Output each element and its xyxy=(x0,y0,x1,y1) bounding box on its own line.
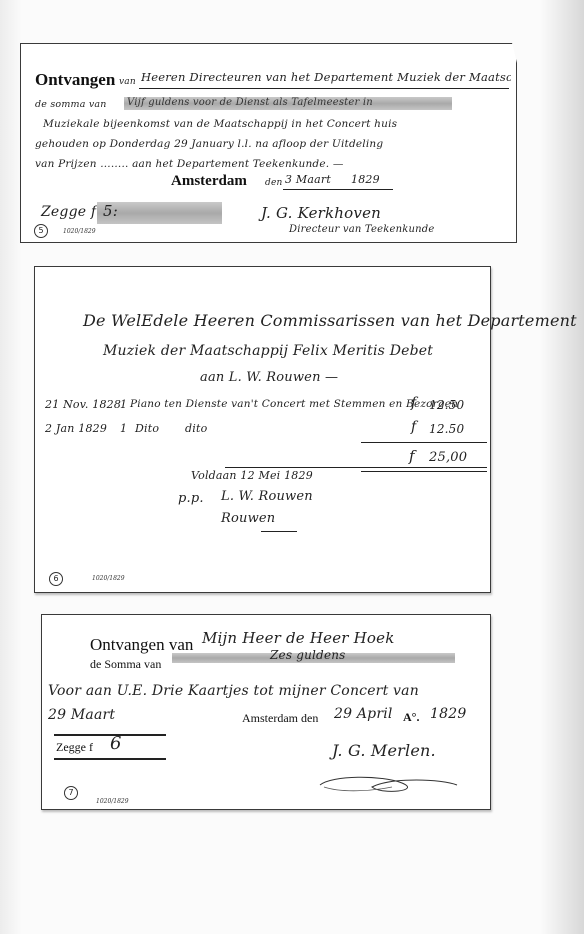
anno-label: A°. xyxy=(403,710,419,725)
receipt-6: De WelEdele Heeren Commissarissen van he… xyxy=(34,266,491,593)
date-text: 3 Maart xyxy=(285,173,331,186)
line-item-date: 21 Nov. 1828 xyxy=(45,398,121,411)
body-line-1: Muziekale bijeenkomst van de Maatschappi… xyxy=(43,118,397,130)
signature: L. W. Rouwen xyxy=(221,489,313,504)
signature: J. G. Merlen. xyxy=(332,741,436,760)
year-text: 1829 xyxy=(430,706,466,722)
total-amount: 25,00 xyxy=(429,450,467,465)
body-line-2: gehouden op Donderdag 29 January l.l. na… xyxy=(35,138,383,150)
body-line-3: van Prijzen ........ aan het Departement… xyxy=(35,158,344,170)
receipt-7: Ontvangen van Mijn Heer de Heer Hoek de … xyxy=(41,614,491,810)
archive-ref: 1020/1829 xyxy=(96,798,129,805)
line-item-currency: f xyxy=(411,395,416,411)
received-label: Ontvangen xyxy=(35,70,115,90)
line-item-amount: 12.50 xyxy=(429,422,464,436)
total-currency: f xyxy=(409,447,415,465)
amount-figure: 6 xyxy=(110,733,122,754)
received-label-text: Ontvangen van xyxy=(90,635,193,654)
place-label: Amsterdam den xyxy=(242,711,318,726)
line-item-date: 2 Jan 1829 xyxy=(45,422,107,435)
signature-title: Directeur van Teekenkunde xyxy=(289,224,435,235)
signature: J. G. Kerkhoven xyxy=(261,204,381,222)
amount-figure: 5: xyxy=(103,202,118,220)
purpose-line-1: Voor aan U.E. Drie Kaartjes tot mijner C… xyxy=(48,683,419,699)
received-label: Ontvangen van xyxy=(90,635,193,655)
heading-line-2: Muziek der Maatschappij Felix Meritis De… xyxy=(103,343,433,359)
per-prefix: p.p. xyxy=(178,491,204,506)
receipt-number-badge: 7 xyxy=(64,786,78,800)
archive-ref: 1020/1829 xyxy=(63,228,96,235)
heading-line-1: De WelEdele Heeren Commissarissen van he… xyxy=(83,311,577,330)
receipt-number-badge: 5 xyxy=(34,224,48,238)
purpose-line-2: 29 Maart xyxy=(48,707,115,723)
amount-written: Zes guldens xyxy=(270,648,346,662)
payer-text: Mijn Heer de Heer Hoek xyxy=(202,629,395,647)
den-label: den xyxy=(265,178,282,188)
place-label: Amsterdam xyxy=(171,173,247,190)
sum-label: de somma van xyxy=(35,99,107,110)
heading-line-3: aan L. W. Rouwen — xyxy=(200,370,338,385)
line-item-qty: 1 xyxy=(120,422,127,435)
payer-text: Heeren Directeuren van het Departement M… xyxy=(141,70,511,84)
line-item-description: Dito dito xyxy=(135,422,207,435)
line-item-description: Piano ten Dienste van't Concert met Stem… xyxy=(130,398,458,410)
line-item-qty: 1 xyxy=(120,398,127,411)
receipt-5: Ontvangen van Heeren Directeuren van het… xyxy=(20,43,517,243)
line-item-amount: 12.50 xyxy=(429,398,464,412)
settled-line: Voldaan 12 Mei 1829 xyxy=(191,469,313,482)
signature-2: Rouwen xyxy=(221,511,275,526)
year-text: 1829 xyxy=(351,173,380,186)
amount-written: Vijf guldens voor de Dienst als Tafelmee… xyxy=(127,97,452,108)
signature-flourish-icon xyxy=(312,773,462,795)
archive-ref: 1020/1829 xyxy=(92,575,125,582)
sum-label: de Somma van xyxy=(90,657,161,672)
receipt-number-badge: 6 xyxy=(49,572,63,586)
line-item-currency: f xyxy=(411,419,416,435)
date-text: 29 April xyxy=(334,706,393,722)
van-label: van xyxy=(119,77,136,87)
zegge-label: Zegge f xyxy=(41,204,96,220)
zegge-label: Zegge f xyxy=(56,740,93,755)
